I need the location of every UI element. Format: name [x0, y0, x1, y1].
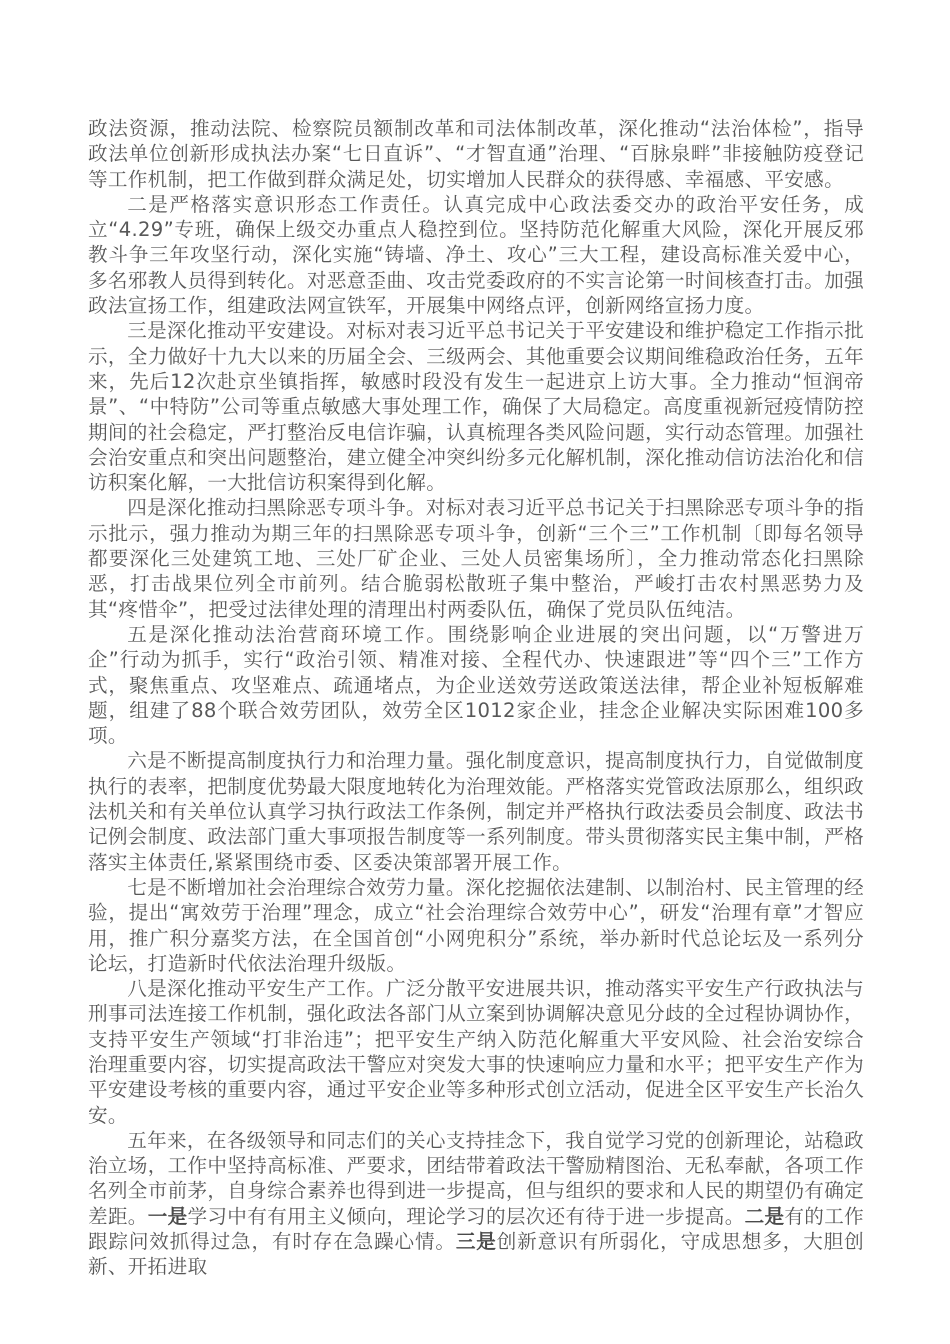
paragraph-point-4: 四是深化推动扫黑除恶专项斗争。对标对表习近平总书记关于扫黑除恶专项斗争的指示批示… — [88, 495, 864, 621]
paragraph-text: 三是深化推动平安建设。对标对表习近平总书记关于平安建设和维护稳定工作指示批示，全… — [88, 319, 864, 494]
paragraph-continuation: 政法资源，推动法院、检察院员额制改革和司法体制改革，深化推动“法治体检”，指导政… — [88, 116, 864, 192]
paragraph-text: 政法资源，推动法院、检察院员额制改革和司法体制改革，深化推动“法治体检”，指导政… — [88, 117, 864, 191]
paragraph-summary: 五年来，在各级领导和同志们的关心支持挂念下，我自觉学习党的创新理论，站稳政治立场… — [88, 1128, 864, 1280]
paragraph-text: 七是不断增加社会治理综合效劳力量。深化挖掘依法建制、以制治村、民主管理的经验，提… — [88, 876, 864, 975]
document-page: 政法资源，推动法院、检察院员额制改革和司法体制改革，深化推动“法治体检”，指导政… — [0, 0, 950, 1344]
paragraph-text: 学习中有有用主义倾向，理论学习的层次还有待于进一步提高。 — [188, 1205, 745, 1228]
paragraph-text: 四是深化推动扫黑除恶专项斗争。对标对表习近平总书记关于扫黑除恶专项斗争的指示批示… — [88, 496, 864, 620]
bold-marker-second: 二是 — [745, 1205, 785, 1228]
paragraph-text: 二是严格落实意识形态工作责任。认真完成中心政法委交办的政治平安任务，成立“4.2… — [88, 193, 864, 317]
paragraph-point-8: 八是深化推动平安生产工作。广泛分散平安进展共识，推动落实平安生产行政执法与刑事司… — [88, 976, 864, 1128]
paragraph-point-3: 三是深化推动平安建设。对标对表习近平总书记关于平安建设和维护稳定工作指示批示，全… — [88, 318, 864, 495]
bold-marker-third: 三是 — [456, 1230, 497, 1253]
paragraph-point-5: 五是深化推动法治营商环境工作。围绕影响企业进展的突出问题，以“万警进万企”行动为… — [88, 622, 864, 748]
paragraph-text: 五是深化推动法治营商环境工作。围绕影响企业进展的突出问题，以“万警进万企”行动为… — [88, 623, 864, 747]
paragraph-text: 八是深化推动平安生产工作。广泛分散平安进展共识，推动落实平安生产行政执法与刑事司… — [88, 977, 864, 1126]
paragraph-point-6: 六是不断提高制度执行力和治理力量。强化制度意识，提高制度执行力，自觉做制度执行的… — [88, 748, 864, 874]
paragraph-point-7: 七是不断增加社会治理综合效劳力量。深化挖掘依法建制、以制治村、民主管理的经验，提… — [88, 875, 864, 976]
paragraph-point-2: 二是严格落实意识形态工作责任。认真完成中心政法委交办的政治平安任务，成立“4.2… — [88, 192, 864, 318]
document-text-block: 政法资源，推动法院、检察院员额制改革和司法体制改革，深化推动“法治体检”，指导政… — [88, 116, 864, 1280]
bold-marker-first: 一是 — [148, 1205, 188, 1228]
paragraph-text: 六是不断提高制度执行力和治理力量。强化制度意识，提高制度执行力，自觉做制度执行的… — [88, 749, 864, 873]
